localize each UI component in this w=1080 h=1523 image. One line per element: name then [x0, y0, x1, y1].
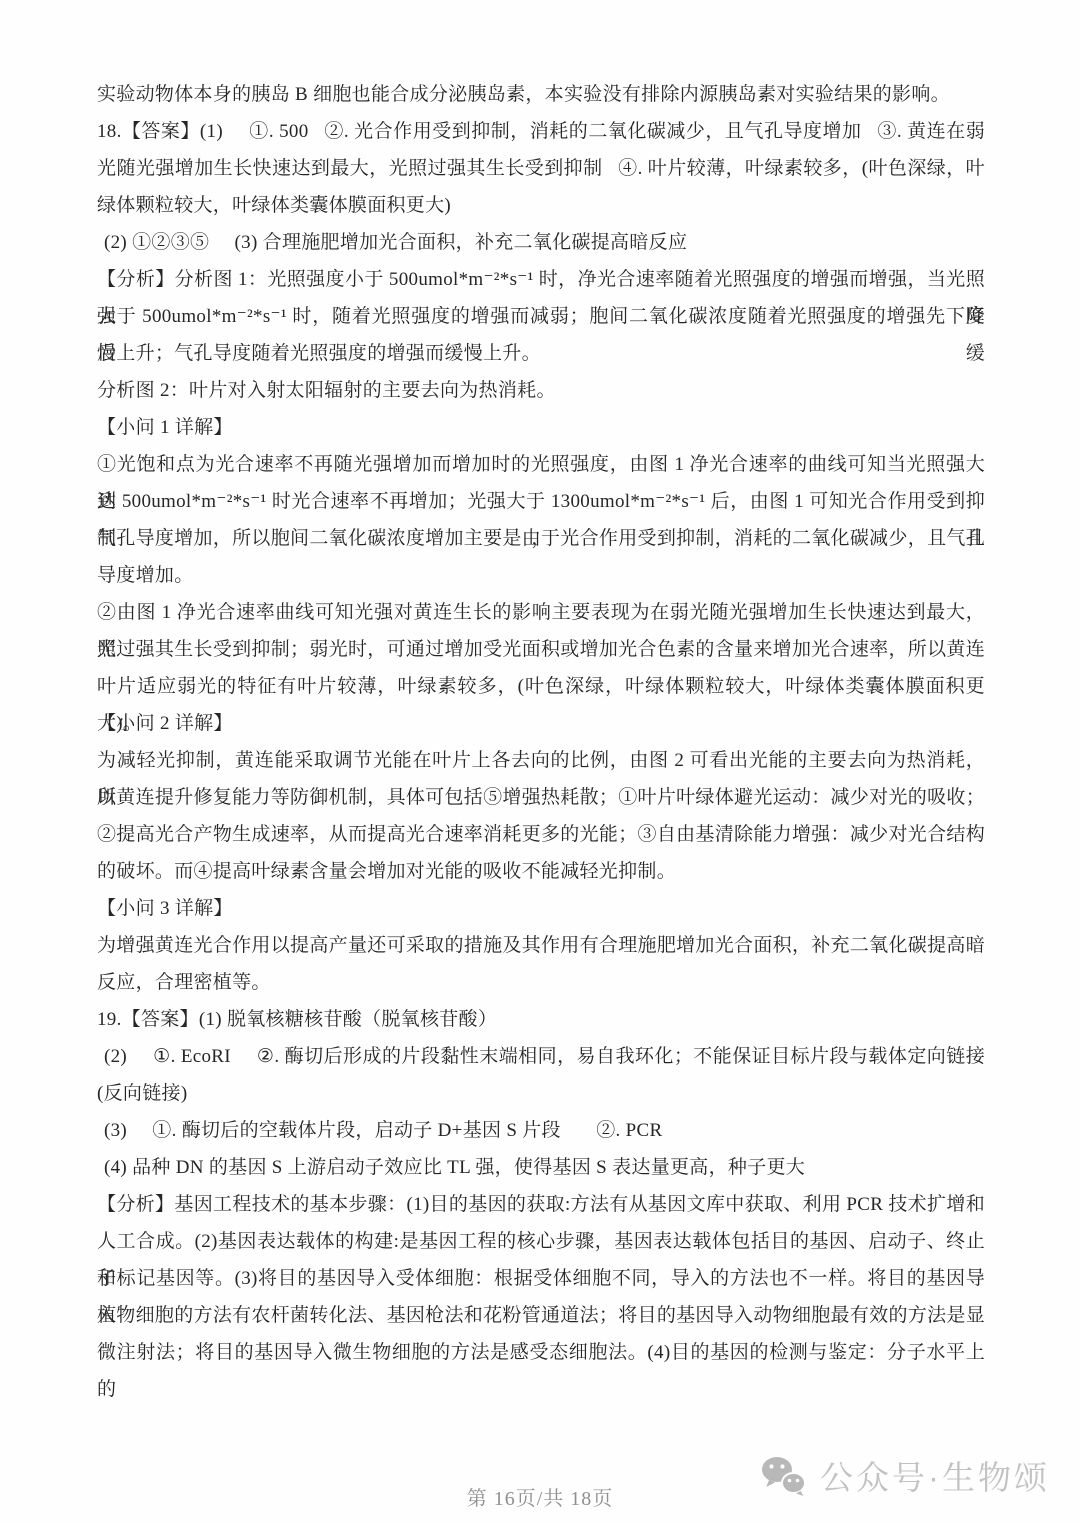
text-line: 【分析】基因工程技术的基本步骤：(1)目的基因的获取:方法有从基因文库中获取、利…	[97, 1186, 985, 1223]
text-line: 绿体颗粒较大，叶绿体类囊体膜面积更大)	[97, 187, 985, 224]
text-line: 光随光强增加生长快速达到最大，光照过强其生长受到抑制 ④. 叶片较薄，叶绿素较多…	[97, 150, 985, 187]
text-line: (2) ①②③⑤ (3) 合理施肥增加光合面积，补充二氧化碳提高暗反应	[97, 224, 985, 261]
page-number: 第 16页/共 18页	[467, 1488, 614, 1510]
text-line: 到 500umol*m⁻²*s⁻¹ 时光合速率不再增加；光强大于 1300umo…	[97, 483, 985, 520]
text-line: 反应，合理密植等。	[97, 964, 985, 1001]
text-line: 【小问 1 详解】	[97, 409, 985, 446]
text-line: 实验动物体本身的胰岛 B 细胞也能合成分泌胰岛素，本实验没有排除内源胰岛素对实验…	[97, 76, 985, 113]
text-line: 分析图 2：叶片对入射太阳辐射的主要去向为热消耗。	[97, 372, 985, 409]
text-line: 【小问 3 详解】	[97, 890, 985, 927]
text-line: 【小问 2 详解】	[97, 705, 985, 742]
text-line: 为减轻光抑制，黄连能采取调节光能在叶片上各去向的比例，由图 2 可看出光能的主要…	[97, 742, 985, 779]
text-line: (3) ①. 酶切后的空载体片段，启动子 D+基因 S 片段 ②. PCR	[97, 1112, 985, 1149]
text-line: 植物细胞的方法有农杆菌转化法、基因枪法和花粉管通道法；将目的基因导入动物细胞最有…	[97, 1297, 985, 1334]
text-line: (反向链接)	[97, 1075, 985, 1112]
answer-text-block: 实验动物体本身的胰岛 B 细胞也能合成分泌胰岛素，本实验没有排除内源胰岛素对实验…	[97, 76, 985, 1371]
text-line: 19.【答案】(1) 脱氧核糖核苷酸（脱氧核苷酸）	[97, 1001, 985, 1038]
text-line: ②由图 1 净光合速率曲线可知光强对黄连生长的影响主要表现为在弱光随光强增加生长…	[97, 594, 985, 631]
text-line: ②提高光合产物生成速率，从而提高光合速率消耗更多的光能；③自由基清除能力增强：减…	[97, 816, 985, 853]
text-line: 和标记基因等。(3)将目的基因导入受体细胞：根据受体细胞不同，导入的方法也不一样…	[97, 1260, 985, 1297]
text-line: 气孔导度增加，所以胞间二氧化碳浓度增加主要是由于光合作用受到抑制，消耗的二氧化碳…	[97, 520, 985, 557]
text-line: 叶片适应弱光的特征有叶片较薄，叶绿素较多，(叶色深绿，叶绿体颗粒较大，叶绿体类囊…	[97, 668, 985, 705]
text-line: 大于 500umol*m⁻²*s⁻¹ 时，随着光照强度的增强而减弱；胞间二氧化碳…	[97, 298, 985, 335]
page-footer: 第 16页/共 18页	[0, 1482, 1080, 1511]
text-line: 微注射法；将目的基因导入微生物细胞的方法是感受态细胞法。(4)目的基因的检测与鉴…	[97, 1334, 985, 1371]
text-line: 人工合成。(2)基因表达载体的构建:是基因工程的核心步骤，基因表达载体包括目的基…	[97, 1223, 985, 1260]
text-line: 导度增加。	[97, 557, 985, 594]
text-line: 为增强黄连光合作用以提高产量还可采取的措施及其作用有合理施肥增加光合面积，补充二…	[97, 927, 985, 964]
document-page: 实验动物体本身的胰岛 B 细胞也能合成分泌胰岛素，本实验没有排除内源胰岛素对实验…	[0, 0, 1080, 1523]
text-line: 以黄连提升修复能力等防御机制，具体可包括⑤增强热耗散；①叶片叶绿体避光运动：减少…	[97, 779, 985, 816]
text-line: (2) ①. EcoRI ②. 酶切后形成的片段黏性末端相同，易自我环化；不能保…	[97, 1038, 985, 1075]
text-line: 照过强其生长受到抑制；弱光时，可通过增加受光面积或增加光合色素的含量来增加光合速…	[97, 631, 985, 668]
text-line: 18.【答案】(1) ①. 500 ②. 光合作用受到抑制，消耗的二氧化碳减少，…	[97, 113, 985, 150]
text-line: (4) 品种 DN 的基因 S 上游启动子效应比 TL 强，使得基因 S 表达量…	[97, 1149, 985, 1186]
text-line: 【分析】分析图 1：光照强度小于 500umol*m⁻²*s⁻¹ 时，净光合速率…	[97, 261, 985, 298]
text-line: 的破坏。而④提高叶绿素含量会增加对光能的吸收不能减轻光抑制。	[97, 853, 985, 890]
text-line: ①光饱和点为光合速率不再随光强增加而增加时的光照强度，由图 1 净光合速率的曲线…	[97, 446, 985, 483]
